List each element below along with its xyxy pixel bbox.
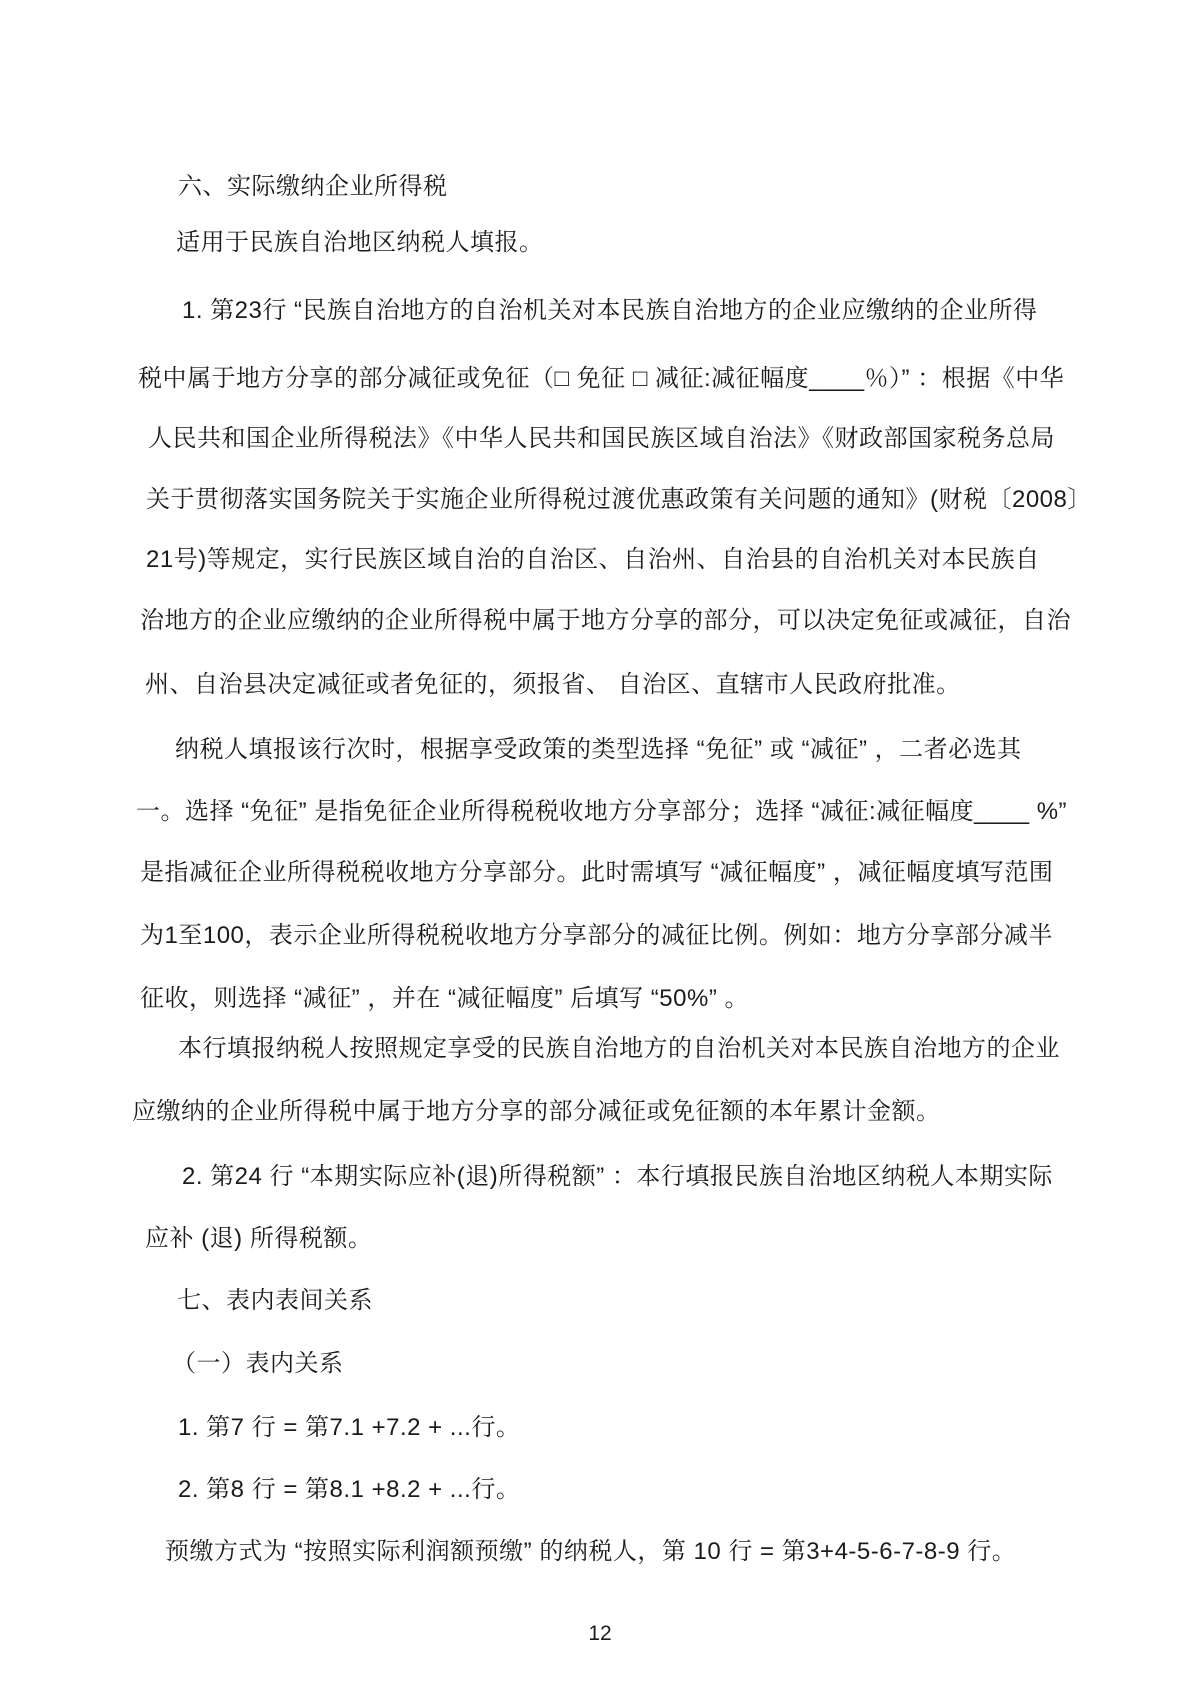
para-cumulative-line-2: 应缴纳的企业所得税中属于地方分享的部分减征或免征额的本年累计金额。	[132, 1097, 941, 1127]
heading-section-7: 七、表内表间关系	[177, 1286, 373, 1316]
para-row23-line-7: 州、自治县决定减征或者免征的，须报省、 自治区、直辖市人民政府批准。	[145, 670, 961, 700]
para-row23-line-2: 税中属于地方分享的部分减征或免征（□ 免征 □ 减征:减征幅度____％）” ：…	[138, 364, 1064, 394]
para-row23-line-5: 21号)等规定，实行民族区域自治的自治区、自治州、自治县的自治机关对本民族自	[146, 545, 1040, 575]
para-row23-line-4: 关于贯彻落实国务院关于实施企业所得税过渡优惠政策有关问题的通知》(财税〔2008…	[146, 485, 1092, 515]
heading-section-6: 六、实际缴纳企业所得税	[178, 172, 448, 202]
page-number: 12	[0, 1622, 1200, 1646]
para-cumulative-line-1: 本行填报纳税人按照规定享受的民族自治地方的自治机关对本民族自治地方的企业	[178, 1034, 1060, 1064]
para-choice-line-2: 一。选择 “免征” 是指免征企业所得税税收地方分享部分；选择 “减征:减征幅度_…	[136, 797, 1067, 827]
rule-row10: 预缴方式为 “按照实际利润额预缴” 的纳税人，第 10 行 = 第3+4-5-6…	[165, 1537, 1016, 1567]
para-choice-line-5: 征收，则选择 “减征” ，并在 “减征幅度” 后填写 “50%” 。	[140, 984, 749, 1014]
para-applicability: 适用于民族自治地区纳税人填报。	[176, 228, 544, 258]
rule-row7: 1. 第7 行 = 第7.1 +7.2 + ...行。	[178, 1413, 520, 1443]
para-row23-line-1: 1. 第23行 “民族自治地方的自治机关对本民族自治地方的企业应缴纳的企业所得	[182, 296, 1038, 326]
para-row24-line-1: 2. 第24 行 “本期实际应补(退)所得税额” ：本行填报民族自治地区纳税人本…	[182, 1162, 1053, 1192]
heading-subsection-1: （一）表内关系	[172, 1349, 344, 1379]
para-choice-line-3: 是指减征企业所得税税收地方分享部分。此时需填写 “减征幅度” ，减征幅度填写范围	[140, 858, 1053, 888]
para-choice-line-1: 纳税人填报该行次时，根据享受政策的类型选择 “免征” 或 “减征” ，二者必选其	[175, 735, 1022, 765]
document-page: 六、实际缴纳企业所得税 适用于民族自治地区纳税人填报。 1. 第23行 “民族自…	[0, 0, 1200, 1696]
para-choice-line-4: 为1至100，表示企业所得税税收地方分享部分的减征比例。例如：地方分享部分减半	[140, 921, 1053, 951]
para-row23-line-6: 治地方的企业应缴纳的企业所得税中属于地方分享的部分，可以决定免征或减征，自治	[140, 606, 1071, 636]
para-row23-line-3: 人民共和国企业所得税法》《中华人民共和国民族区域自治法》《财政部国家税务总局	[148, 424, 1055, 454]
rule-row8: 2. 第8 行 = 第8.1 +8.2 + ...行。	[178, 1475, 520, 1505]
para-row24-line-2: 应补 (退) 所得税额。	[145, 1224, 372, 1254]
